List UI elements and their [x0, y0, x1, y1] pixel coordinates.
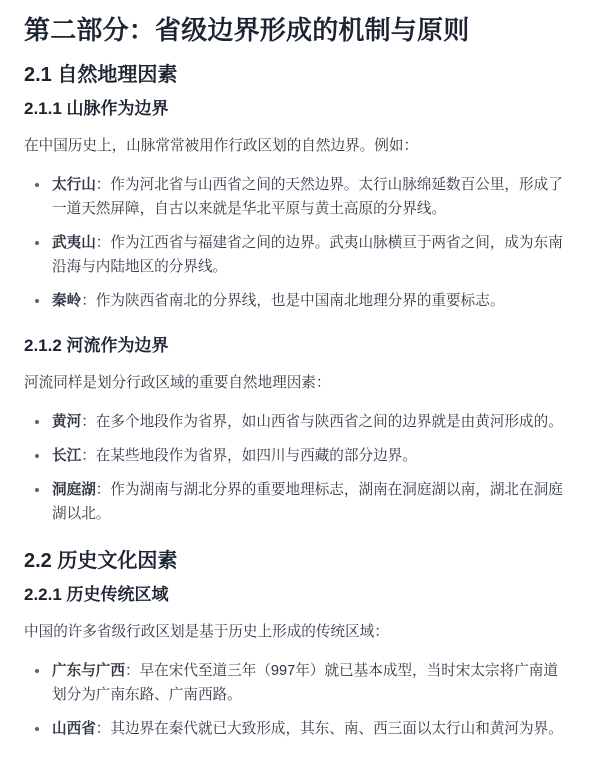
list-item-term: 山西省 [52, 721, 96, 737]
list-item-description: ：作为陕西省南北的分界线，也是中国南北地理分界的重要标志。 [81, 293, 504, 309]
intro-paragraph-history: 中国的许多省级行政区划是基于历史上形成的传统区域： [24, 620, 567, 644]
list-item-term: 广东与广西 [52, 663, 125, 679]
list-item-description: ：在某些地段作为省界，如四川与西藏的部分边界。 [81, 448, 417, 464]
list-item: 广东与广西：早在宋代至道三年（997年）就已基本成型，当时宋太宗将广南道划分为广… [52, 659, 567, 707]
subsection-heading-2-2-1: 2.2.1 历史传统区域 [24, 584, 567, 606]
list-item-description: ：作为湖南与湖北分界的重要地理标志，湖南在洞庭湖以南，湖北在洞庭湖以北。 [52, 482, 563, 522]
list-item-description: ：作为江西省与福建省之间的边界。武夷山脉横亘于两省之间，成为东南沿海与内陆地区的… [52, 235, 563, 275]
list-item: 山西省：其边界在秦代就已大致形成，其东、南、西三面以太行山和黄河为界。 [52, 717, 567, 741]
list-item-term: 太行山 [52, 177, 96, 193]
list-item: 秦岭：作为陕西省南北的分界线，也是中国南北地理分界的重要标志。 [52, 289, 567, 313]
list-item: 洞庭湖：作为湖南与湖北分界的重要地理标志，湖南在洞庭湖以南，湖北在洞庭湖以北。 [52, 478, 567, 526]
bullet-list-rivers: 黄河：在多个地段作为省界，如山西省与陕西省之间的边界就是由黄河形成的。 长江：在… [24, 410, 567, 526]
list-item-term: 武夷山 [52, 235, 96, 251]
list-item-term: 秦岭 [52, 293, 81, 309]
list-item: 武夷山：作为江西省与福建省之间的边界。武夷山脉横亘于两省之间，成为东南沿海与内陆… [52, 231, 567, 279]
list-item: 长江：在某些地段作为省界，如四川与西藏的部分边界。 [52, 444, 567, 468]
subsection-heading-2-1-1: 2.1.1 山脉作为边界 [24, 98, 567, 120]
list-item-description: ：在多个地段作为省界，如山西省与陕西省之间的边界就是由黄河形成的。 [81, 414, 563, 430]
list-item-term: 长江 [52, 448, 81, 464]
list-item: 太行山：作为河北省与山西省之间的天然边界。太行山脉绵延数百公里，形成了一道天然屏… [52, 173, 567, 221]
list-item-description: ：早在宋代至道三年（997年）就已基本成型，当时宋太宗将广南道划分为广南东路、广… [52, 663, 558, 703]
list-item-term: 黄河 [52, 414, 81, 430]
document: 第二部分：省级边界形成的机制与原则 2.1 自然地理因素 2.1.1 山脉作为边… [0, 0, 591, 775]
subsection-heading-2-1-2: 2.1.2 河流作为边界 [24, 335, 567, 357]
bullet-list-mountains: 太行山：作为河北省与山西省之间的天然边界。太行山脉绵延数百公里，形成了一道天然屏… [24, 173, 567, 313]
bullet-list-history: 广东与广西：早在宋代至道三年（997年）就已基本成型，当时宋太宗将广南道划分为广… [24, 659, 567, 741]
list-item-description: ：作为河北省与山西省之间的天然边界。太行山脉绵延数百公里，形成了一道天然屏障，自… [52, 177, 563, 217]
list-item-term: 洞庭湖 [52, 482, 96, 498]
document-title: 第二部分：省级边界形成的机制与原则 [24, 14, 567, 48]
list-item-description: ：其边界在秦代就已大致形成，其东、南、西三面以太行山和黄河为界。 [96, 721, 563, 737]
section-heading-2-2: 2.2 历史文化因素 [24, 548, 567, 574]
intro-paragraph-mountains: 在中国历史上，山脉常常被用作行政区划的自然边界。例如： [24, 134, 567, 158]
section-heading-2-1: 2.1 自然地理因素 [24, 62, 567, 88]
list-item: 黄河：在多个地段作为省界，如山西省与陕西省之间的边界就是由黄河形成的。 [52, 410, 567, 434]
intro-paragraph-rivers: 河流同样是划分行政区域的重要自然地理因素： [24, 371, 567, 395]
